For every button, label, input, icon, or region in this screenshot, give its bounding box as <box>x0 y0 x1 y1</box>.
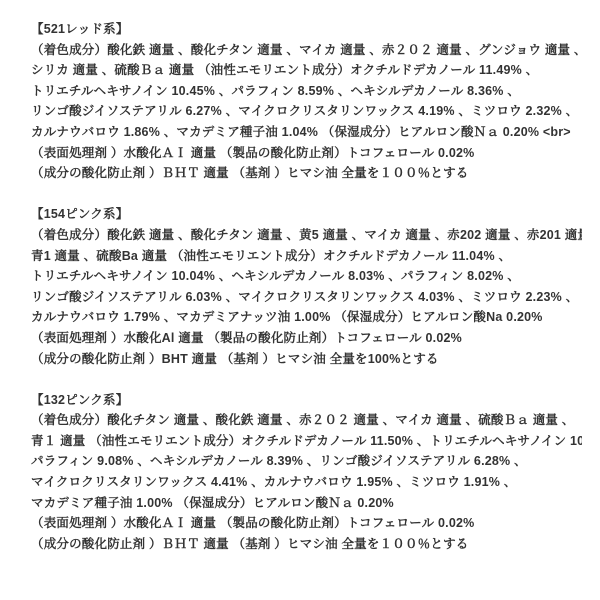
ingredient-line: （成分の酸化防止剤 ）ＢＨＴ 適量 （基剤 ）ヒマシ油 全量を１００％とする <box>31 534 582 555</box>
section-154-pink: 【154ピンク系】 （着色成分）酸化鉄 適量 、酸化チタン 適量 、黄5 適量 … <box>31 204 582 369</box>
ingredient-line: リンゴ酸ジイソステアリル 6.27% 、マイクロクリスタリンワックス 4.19%… <box>31 101 582 122</box>
section-heading: 【132ピンク系】 <box>31 390 582 411</box>
ingredient-document: 【521レッド系】 （着色成分）酸化鉄 適量 、酸化チタン 適量 、マイカ 適量… <box>0 0 600 600</box>
ingredient-line: トリエチルヘキサノイン 10.45% 、パラフィン 8.59% 、ヘキシルデカノ… <box>31 81 582 102</box>
section-132-pink: 【132ピンク系】 （着色成分）酸化チタン 適量 、酸化鉄 適量 、赤２０２ 適… <box>31 390 582 555</box>
ingredient-line: （着色成分）酸化鉄 適量 、酸化チタン 適量 、黄5 適量 、マイカ 適量 、赤… <box>31 225 582 246</box>
ingredient-line: 青１ 適量 （油性エモリエント成分）オクチルドデカノール 11.50% 、トリエ… <box>31 431 582 452</box>
ingredient-line: マカデミア種子油 1.00% （保湿成分）ヒアルロン酸Ｎａ 0.20% <box>31 493 582 514</box>
section-heading: 【154ピンク系】 <box>31 204 582 225</box>
ingredient-line: シリカ 適量 、硫酸Ｂａ 適量 （油性エモリエント成分）オクチルドデカノール 1… <box>31 60 582 81</box>
ingredient-line: リンゴ酸ジイソステアリル 6.03% 、マイクロクリスタリンワックス 4.03%… <box>31 287 582 308</box>
ingredient-line: 青1 適量 、硫酸Ba 適量 （油性エモリエント成分）オクチルドデカノール 11… <box>31 246 582 267</box>
ingredient-line: （表面処理剤 ）水酸化ＡＩ 適量 （製品の酸化防止剤）トコフェロール 0.02% <box>31 513 582 534</box>
ingredient-line: マイクロクリスタリンワックス 4.41% 、カルナウバロウ 1.95% 、ミツロ… <box>31 472 582 493</box>
ingredient-line: （表面処理剤 ）水酸化Al 適量 （製品の酸化防止剤）トコフェロール 0.02% <box>31 328 582 349</box>
ingredient-line: カルナウバロウ 1.86% 、マカデミア種子油 1.04% （保湿成分）ヒアルロ… <box>31 122 582 143</box>
ingredient-line: （表面処理剤 ）水酸化ＡＩ 適量 （製品の酸化防止剤）トコフェロール 0.02% <box>31 143 582 164</box>
ingredient-line: パラフィン 9.08% 、ヘキシルデカノール 8.39% 、リンゴ酸ジイソステア… <box>31 451 582 472</box>
ingredient-line: トリエチルヘキサノイン 10.04% 、ヘキシルデカノール 8.03% 、パラフ… <box>31 266 582 287</box>
ingredient-line: カルナウバロウ 1.79% 、マカデミアナッツ油 1.00% （保湿成分）ヒアル… <box>31 307 582 328</box>
ingredient-line: （成分の酸化防止剤 ）BHT 適量 （基剤 ）ヒマシ油 全量を100%とする <box>31 349 582 370</box>
section-521-red: 【521レッド系】 （着色成分）酸化鉄 適量 、酸化チタン 適量 、マイカ 適量… <box>31 19 582 184</box>
ingredient-line: （成分の酸化防止剤 ）ＢＨＴ 適量 （基剤 ）ヒマシ油 全量を１００％とする <box>31 163 582 184</box>
ingredient-line: （着色成分）酸化鉄 適量 、酸化チタン 適量 、マイカ 適量 、赤２０２ 適量 … <box>31 40 582 61</box>
ingredient-line: （着色成分）酸化チタン 適量 、酸化鉄 適量 、赤２０２ 適量 、マイカ 適量 … <box>31 410 582 431</box>
section-heading: 【521レッド系】 <box>31 19 582 40</box>
